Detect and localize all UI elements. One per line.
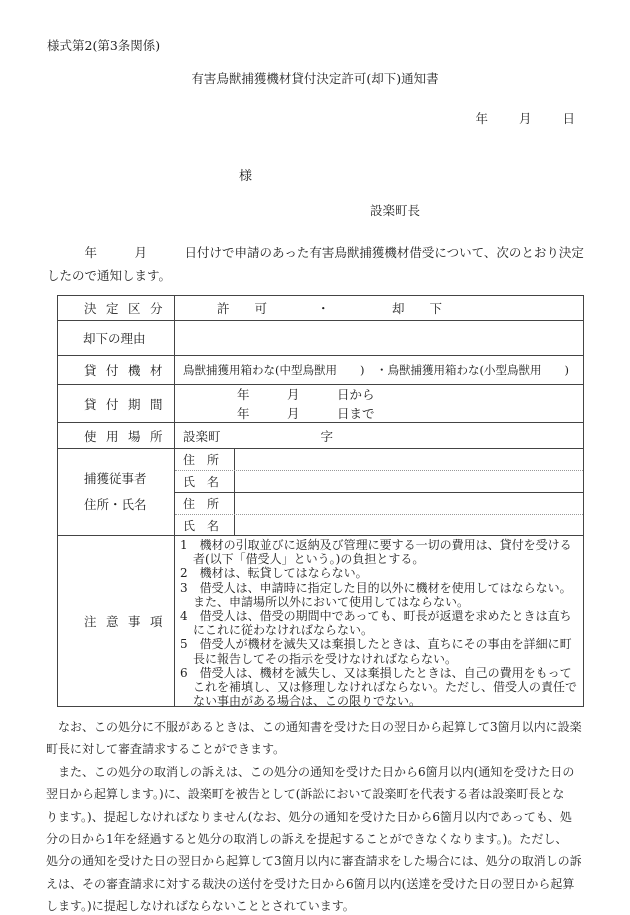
notes-row: 注意事項 1 機材の引取並びに返納及び管理に要する一切の費用は、貸付を受ける 者… <box>58 535 583 706</box>
operators-label: 捕獲従事者 住所・氏名 <box>58 449 175 535</box>
period-row: 貸付期間 年 月 日から 年 月 日まで <box>58 384 583 422</box>
decision-value: 許 可 ・ 却 下 <box>175 296 583 320</box>
intro-paragraph: 年 月 日付けで申請のあった有害鳥獣捕獲機材借受について、次のとおり決定 したの… <box>47 241 585 287</box>
form-number: 様式第2(第3条関係) <box>47 36 160 54</box>
note-item-1: 1 機材の引取並びに返納及び管理に要する一切の費用は、貸付を受ける 者(以下「借… <box>180 538 579 566</box>
period-to: 年 月 日まで <box>237 404 375 423</box>
appeal-paragraph-2: また、この処分の取消しの訴えは、この処分の通知を受けた日から6箇月以内(通知を受… <box>46 761 586 915</box>
period-from: 年 月 日から <box>237 385 375 404</box>
note-item-3: 3 借受人は、申請時に指定した目的以外に機材を使用してはならない。 また、申請場… <box>180 581 579 609</box>
operator-block-1: 住 所 氏 名 <box>175 449 583 492</box>
operator1-name-label: 氏 名 <box>175 471 235 492</box>
notes-label: 注意事項 <box>58 536 175 706</box>
operator1-name-value <box>235 471 583 492</box>
location-label: 使用場所 <box>58 423 175 448</box>
note-item-6: 6 借受人は、機材を滅失し、又は棄損したときは、自己の費用をもって これを補填し… <box>180 666 579 709</box>
operators-value: 住 所 氏 名 住 所 氏 名 <box>175 449 583 535</box>
sender-name: 設楽町長 <box>370 201 420 219</box>
notes-list: 1 機材の引取並びに返納及び管理に要する一切の費用は、貸付を受ける 者(以下「借… <box>175 536 583 706</box>
operator1-address-value <box>235 449 583 470</box>
rejection-reason-label: 却下の理由 <box>58 321 175 355</box>
operator2-name-label: 氏 名 <box>175 515 235 536</box>
location-row: 使用場所 設楽町 字 <box>58 422 583 448</box>
operator1-name-row: 氏 名 <box>175 470 583 492</box>
operator2-name-row: 氏 名 <box>175 514 583 536</box>
note-item-5: 5 借受人が機材を滅失又は棄損したときは、直ちにその事由を詳細に町 長に報告して… <box>180 637 579 665</box>
operator2-address-value <box>235 493 583 514</box>
appeal-paragraph-1: なお、この処分に不服があるときは、この通知書を受けた日の翌日から起算して3箇月以… <box>46 716 586 761</box>
decision-row: 決定区分 許 可 ・ 却 下 <box>58 296 583 320</box>
doc-title: 有害鳥獣捕獲機材貸付決定許可(却下)通知書 <box>0 69 630 87</box>
operator-block-2: 住 所 氏 名 <box>175 492 583 536</box>
operators-row: 捕獲従事者 住所・氏名 住 所 氏 名 住 所 <box>58 448 583 535</box>
notice-table: 決定区分 許 可 ・ 却 下 却下の理由 貸付機材 鳥獣捕獲用箱わな(中型鳥獣用… <box>57 295 584 707</box>
equipment-label: 貸付機材 <box>58 356 175 384</box>
addressee-honorific: 様 <box>239 165 252 184</box>
decision-label: 決定区分 <box>58 296 175 320</box>
date-line: 年 月 日 <box>47 109 585 127</box>
location-value: 設楽町 字 <box>175 423 583 448</box>
note-item-4: 4 借受人は、借受の期間中であっても、町長が返還を求めたときは直ち にこれに従わ… <box>180 609 579 637</box>
rejection-reason-value <box>175 321 583 355</box>
operator1-address-row: 住 所 <box>175 449 583 470</box>
operator2-address-row: 住 所 <box>175 493 583 514</box>
equipment-value: 鳥獣捕獲用箱わな(中型鳥獣用 ) ・鳥獣捕獲用箱わな(小型鳥獣用 ) <box>175 356 583 384</box>
appeal-notice: なお、この処分に不服があるときは、この通知書を受けた日の翌日から起算して3箇月以… <box>46 716 586 915</box>
operator2-name-value <box>235 515 583 536</box>
document-page: 様式第2(第3条関係) 有害鳥獣捕獲機材貸付決定許可(却下)通知書 年 月 日 … <box>0 0 630 915</box>
equipment-row: 貸付機材 鳥獣捕獲用箱わな(中型鳥獣用 ) ・鳥獣捕獲用箱わな(小型鳥獣用 ) <box>58 355 583 384</box>
operator2-address-label: 住 所 <box>175 493 235 514</box>
period-value: 年 月 日から 年 月 日まで <box>175 385 583 422</box>
operator1-address-label: 住 所 <box>175 449 235 470</box>
rejection-reason-row: 却下の理由 <box>58 320 583 355</box>
period-label: 貸付期間 <box>58 385 175 422</box>
note-item-2: 2 機材は、転貸してはならない。 <box>180 566 579 580</box>
